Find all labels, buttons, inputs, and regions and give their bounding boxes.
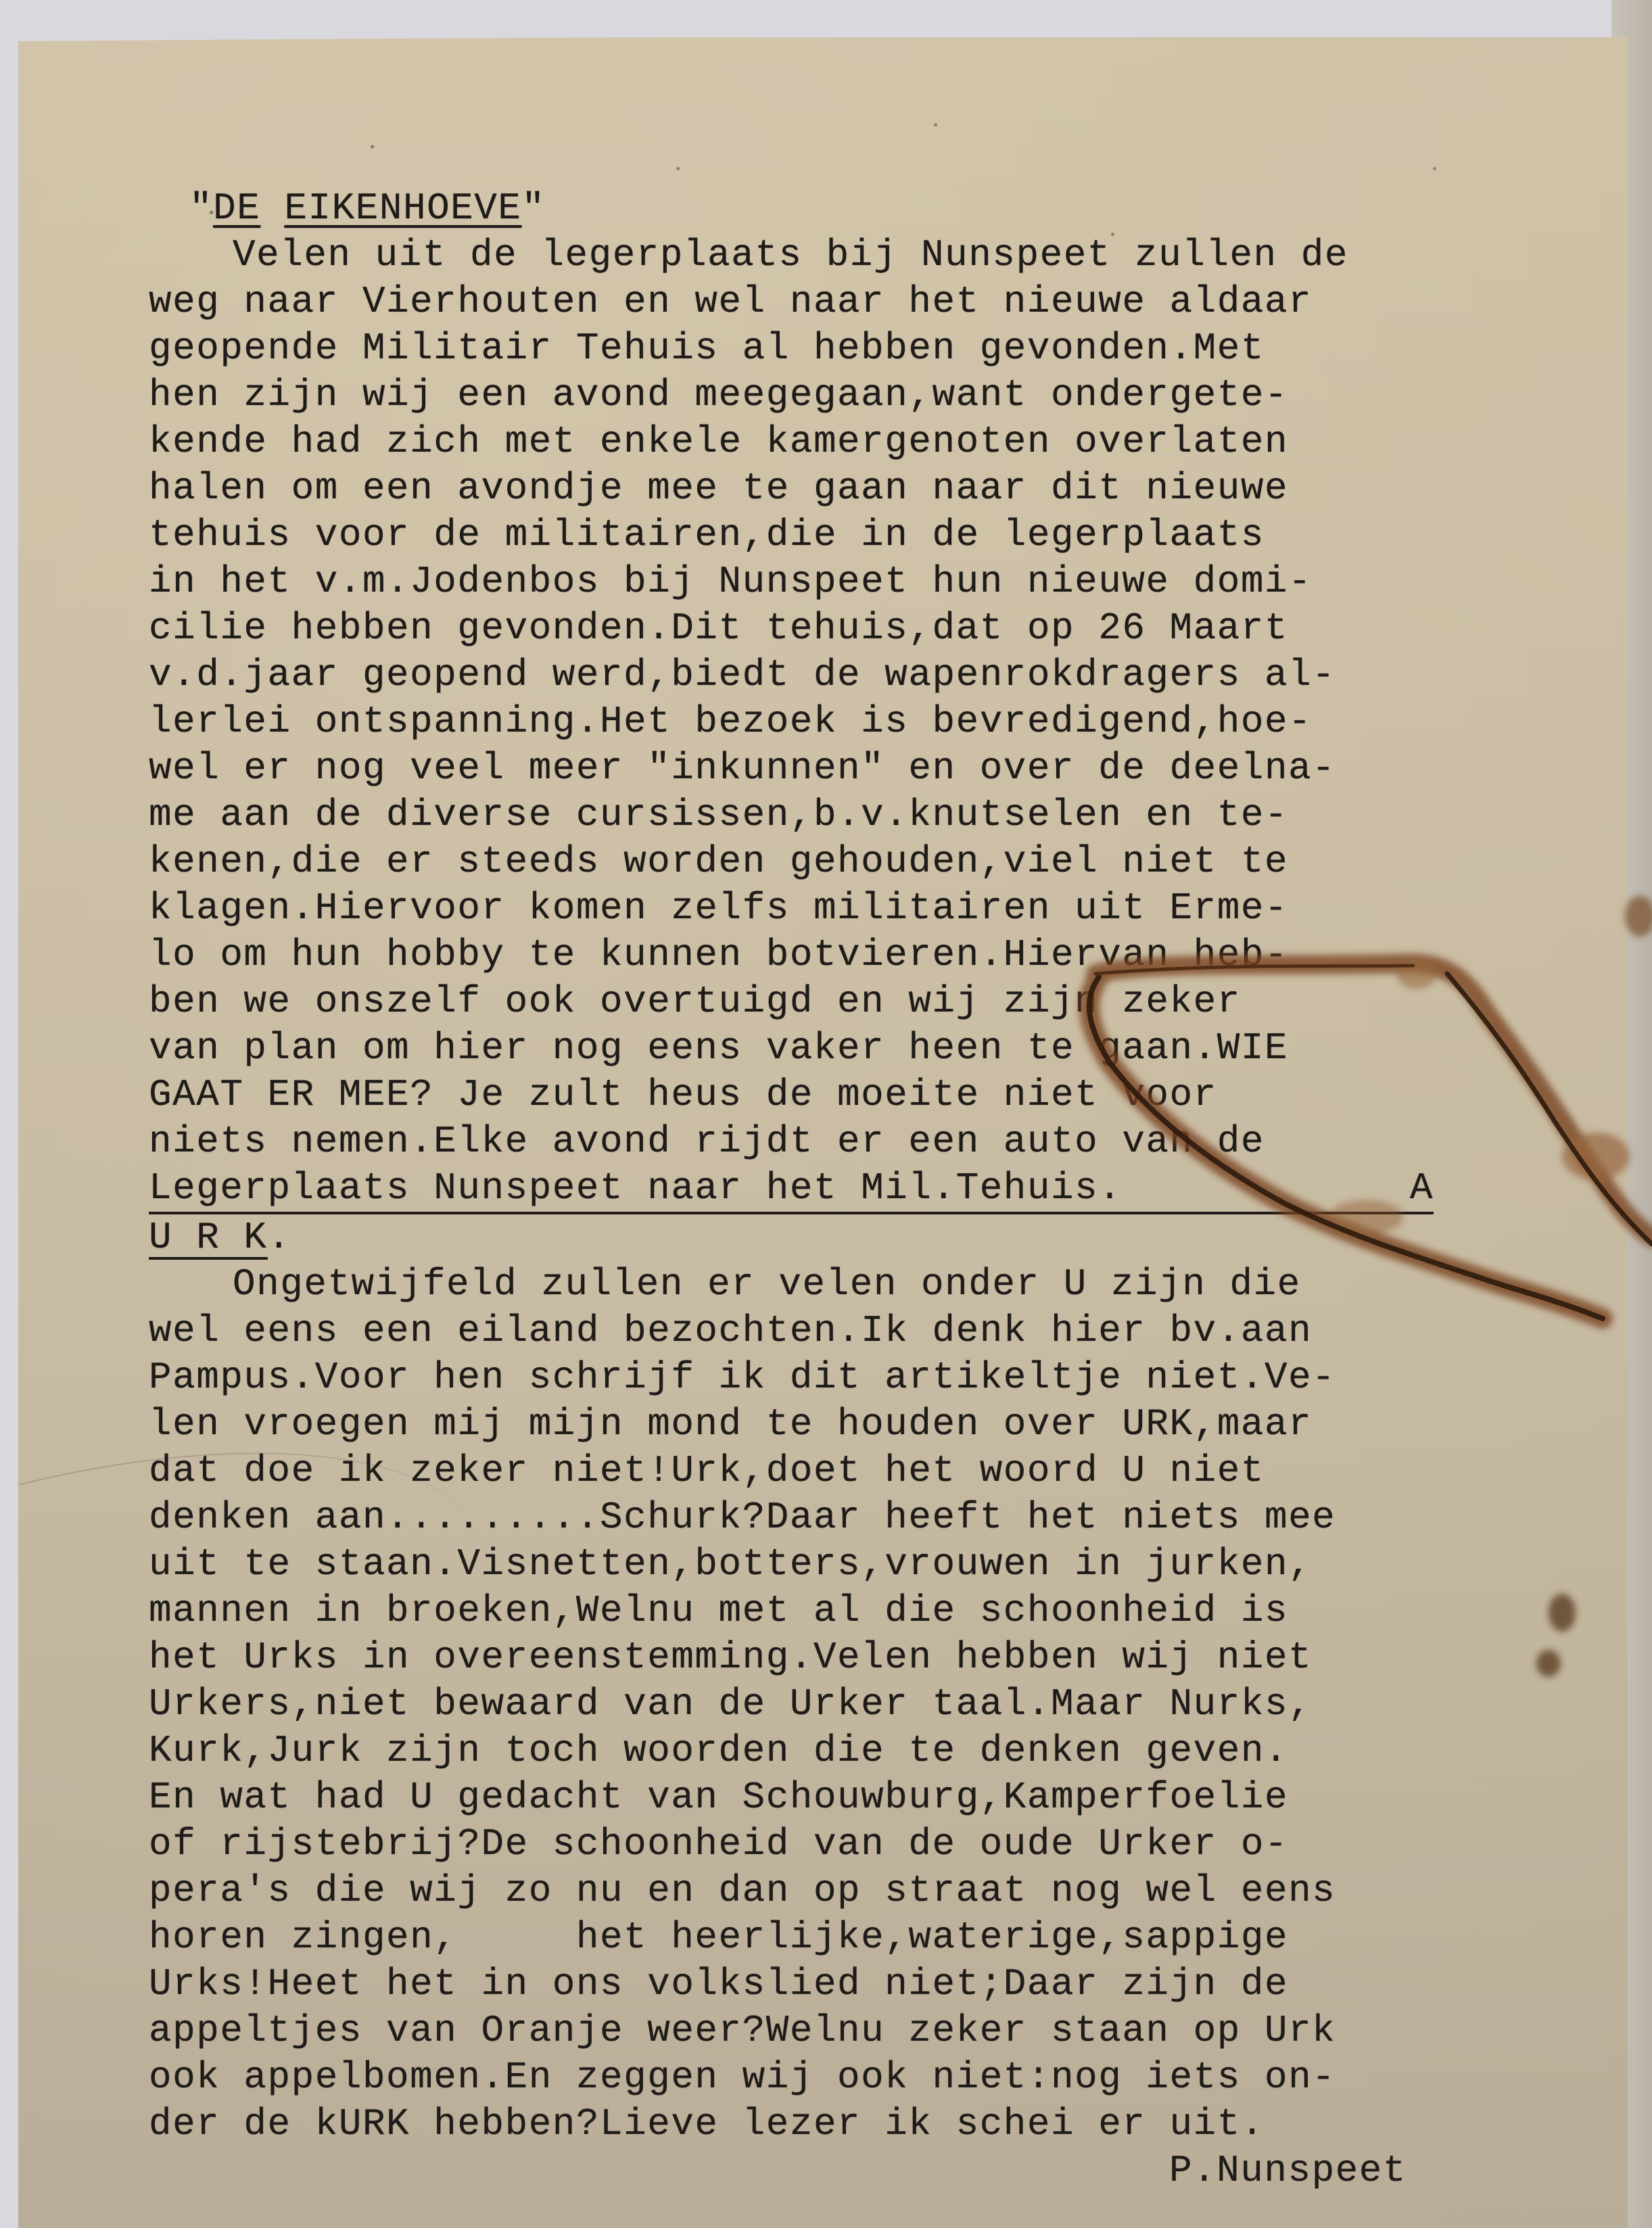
text-line: GAAT ER MEE? Je zult heus de moeite niet… xyxy=(149,1072,1542,1118)
text-line: wel eens een eiland bezochten.Ik denk hi… xyxy=(149,1308,1542,1354)
text-line: dat doe ik zeker niet!Urk,doet het woord… xyxy=(149,1448,1542,1494)
text-line: denken aan.........Schurk?Daar heeft het… xyxy=(149,1494,1542,1541)
text-line: van plan om hier nog eens vaker heen te … xyxy=(149,1025,1542,1072)
text-line: kende had zich met enkele kamergenoten o… xyxy=(149,419,1542,465)
text-line: kenen,die er steeds worden gehouden,viel… xyxy=(149,838,1542,885)
text-line: cilie hebben gevonden.Dit tehuis,dat op … xyxy=(149,605,1542,652)
text-line: lo om hun hobby te kunnen botvieren.Hier… xyxy=(149,932,1542,978)
text-line: pera's die wij zo nu en dan op straat no… xyxy=(149,1868,1542,1914)
article-title: "DE EIKENHOEVE" xyxy=(189,185,1542,232)
text-line: Urks!Heet het in ons volkslied niet;Daar… xyxy=(149,1961,1542,2008)
text-line: v.d.jaar geopend werd,biedt de wapenrokd… xyxy=(149,652,1542,698)
text-line: mannen in broeken,Welnu met al die schoo… xyxy=(149,1588,1542,1634)
article-body: "DE EIKENHOEVE" Velen uit de legerplaats… xyxy=(149,185,1542,2194)
text-line: in het v.m.Jodenbos bij Nunspeet hun nie… xyxy=(149,559,1542,605)
text-line: horen zingen, het heerlijke,waterige,sap… xyxy=(149,1914,1542,1961)
underlined-route-line: Legerplaats Nunspeet naar het Mil.Tehuis… xyxy=(149,1165,1434,1214)
text-line: ben we onszelf ook overtuigd en wij zijn… xyxy=(149,978,1542,1025)
text-line: uit te staan.Visnetten,botters,vrouwen i… xyxy=(149,1541,1542,1588)
text-line: het Urks in overeenstemming.Velen hebben… xyxy=(149,1634,1542,1681)
text-line: ook appelbomen.En zeggen wij ook niet:no… xyxy=(149,2054,1542,2101)
section-urk: Ongetwijfeld zullen er velen onder U zij… xyxy=(149,1261,1542,2148)
text-line: weg naar Vierhouten en wel naar het nieu… xyxy=(149,279,1542,325)
text-line: geopende Militair Tehuis al hebben gevon… xyxy=(149,325,1542,372)
text-line: of rijstebrij?De schoonheid van de oude … xyxy=(149,1821,1542,1868)
text-line: halen om een avondje mee te gaan naar di… xyxy=(149,465,1542,512)
text-line: wel er nog veel meer "inkunnen" en over … xyxy=(149,745,1542,792)
text-line: lerlei ontspanning.Het bezoek is bevredi… xyxy=(149,698,1542,745)
text-line: klagen.Hiervoor komen zelfs militairen u… xyxy=(149,885,1542,932)
text-line: len vroegen mij mijn mond te houden over… xyxy=(149,1401,1542,1448)
text-line: Urkers,niet bewaard van de Urker taal.Ma… xyxy=(149,1681,1542,1728)
text-line: niets nemen.Elke avond rijdt er een auto… xyxy=(149,1118,1542,1165)
section-eikenhoeve: Velen uit de legerplaats bij Nunspeet zu… xyxy=(149,232,1542,1165)
author-signature: P.Nunspeet xyxy=(149,2148,1542,2194)
text-line: appeltjes van Oranje weer?Welnu zeker st… xyxy=(149,2008,1542,2054)
text-line: Ongetwijfeld zullen er velen onder U zij… xyxy=(149,1261,1542,1308)
section-heading-urk: U R K. xyxy=(149,1214,1542,1261)
text-line: tehuis voor de militairen,die in de lege… xyxy=(149,512,1542,559)
text-line: hen zijn wij een avond meegegaan,want on… xyxy=(149,372,1542,419)
text-line: Velen uit de legerplaats bij Nunspeet zu… xyxy=(149,232,1542,279)
text-line: En wat had U gedacht van Schouwburg,Kamp… xyxy=(149,1774,1542,1821)
text-line: der de kURK hebben?Lieve lezer ik schei … xyxy=(149,2101,1542,2148)
text-line: me aan de diverse cursissen,b.v.knutsele… xyxy=(149,792,1542,838)
text-line: Pampus.Voor hen schrijf ik dit artikeltj… xyxy=(149,1354,1542,1401)
text-line: Kurk,Jurk zijn toch woorden die te denke… xyxy=(149,1728,1542,1774)
